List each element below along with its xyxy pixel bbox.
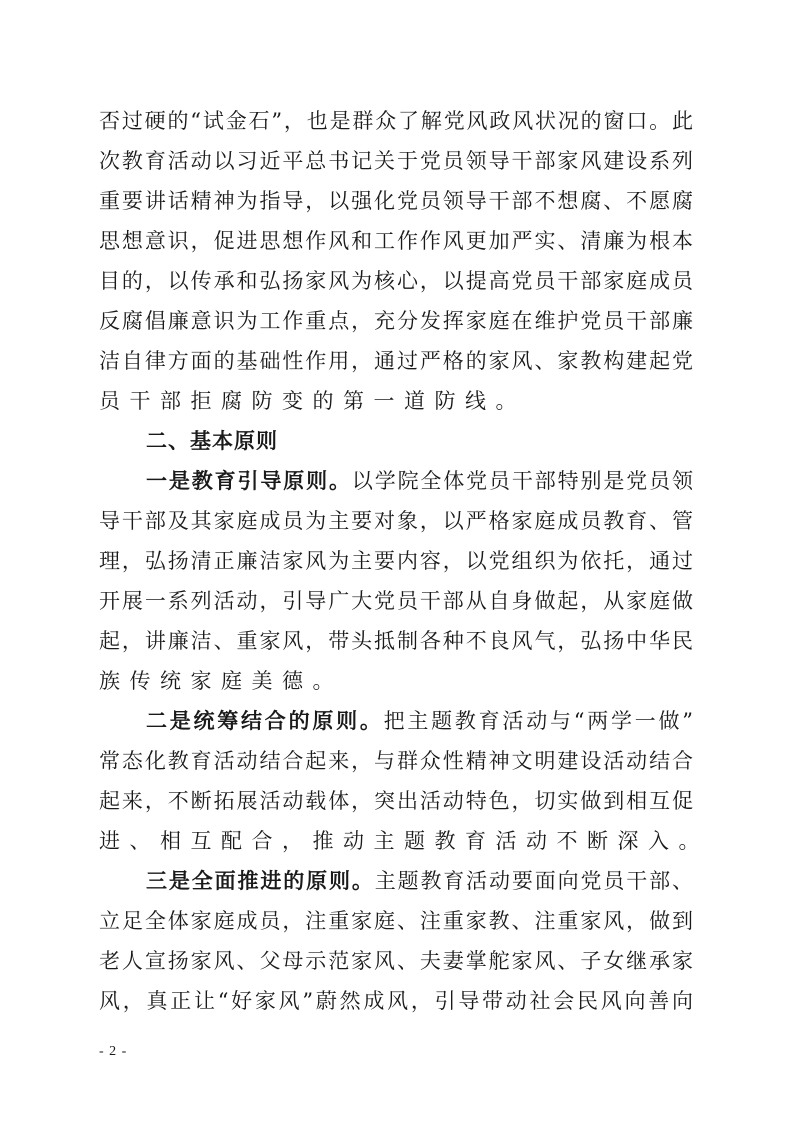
principle-1-text: 以学院全体党员干部特别是党员领 [352, 469, 693, 493]
paragraph-line: 导干部及其家庭成员为主要对象，以严格家庭成员教育、管 [99, 501, 693, 541]
principle-3-text: 主题教育活动要面向党员干部、 [375, 869, 693, 893]
principle-1-first-line: 一是教育引导原则。以学院全体党员干部特别是党员领 [99, 461, 693, 501]
paragraph-line: 思想意识，促进思想作风和工作作风更加严实、清廉为根本 [99, 221, 693, 261]
paragraph-line: 族传统家庭美德。 [99, 661, 693, 701]
paragraph-line: 重要讲话精神为指导，以强化党员领导干部不想腐、不愿腐 [99, 181, 693, 221]
paragraph-line: 反腐倡廉意识为工作重点，充分发挥家庭在维护党员干部廉 [99, 301, 693, 341]
paragraph-line: 目的，以传承和弘扬家风为核心，以提高党员干部家庭成员 [99, 261, 693, 301]
section-heading: 二、基本原则 [99, 421, 693, 461]
principle-2-first-line: 二是统筹结合的原则。把主题教育活动与“两学一做” [99, 701, 693, 741]
principle-3-first-line: 三是全面推进的原则。主题教育活动要面向党员干部、 [99, 861, 693, 901]
paragraph-line: 起，讲廉洁、重家风，带头抵制各种不良风气，弘扬中华民 [99, 621, 693, 661]
paragraph-line: 否过硬的“试金石”，也是群众了解党风政风状况的窗口。此 [99, 101, 693, 141]
paragraph-line: 进、相互配合，推动主题教育活动不断深入。 [99, 821, 693, 861]
principle-3-lead: 三是全面推进的原则。 [146, 869, 375, 893]
paragraph-line: 起来，不断拓展活动载体，突出活动特色，切实做到相互促 [99, 781, 693, 821]
page-number: - 2 - [99, 1043, 127, 1061]
paragraph-line: 老人宣扬家风、父母示范家风、夫妻掌舵家风、子女继承家 [99, 941, 693, 981]
principle-1-lead: 一是教育引导原则。 [146, 469, 352, 493]
document-page: 否过硬的“试金石”，也是群众了解党风政风状况的窗口。此 次教育活动以习近平总书记… [0, 0, 793, 1122]
paragraph-line: 开展一系列活动，引导广大党员干部从自身做起，从家庭做 [99, 581, 693, 621]
paragraph-line: 员干部拒腐防变的第一道防线。 [99, 381, 693, 421]
paragraph-line: 洁自律方面的基础性作用，通过严格的家风、家教构建起党 [99, 341, 693, 381]
paragraph-line: 立足全体家庭成员，注重家庭、注重家教、注重家风，做到 [99, 901, 693, 941]
document-body: 否过硬的“试金石”，也是群众了解党风政风状况的窗口。此 次教育活动以习近平总书记… [99, 101, 693, 1021]
paragraph-line: 次教育活动以习近平总书记关于党员领导干部家风建设系列 [99, 141, 693, 181]
paragraph-line: 理，弘扬清正廉洁家风为主要内容，以党组织为依托，通过 [99, 541, 693, 581]
principle-2-lead: 二是统筹结合的原则。 [146, 709, 384, 733]
paragraph-line: 风，真正让“好家风”蔚然成风，引导带动社会民风向善向 [99, 981, 693, 1021]
paragraph-line: 常态化教育活动结合起来，与群众性精神文明建设活动结合 [99, 741, 693, 781]
principle-2-text: 把主题教育活动与“两学一做” [384, 709, 693, 733]
